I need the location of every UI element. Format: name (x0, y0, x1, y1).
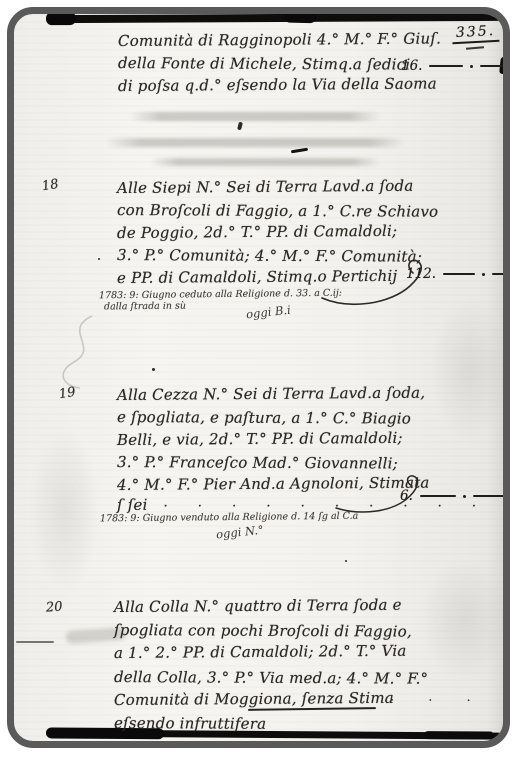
handwriting-line: Alle Siepi N.° Sei di Terra Lavd.a ſoda (117, 174, 438, 199)
scan-frame: 335. Comunità di Ragginopoli 4.° M.° F.°… (7, 7, 510, 748)
paper-stain (30, 430, 100, 590)
value-figure: 16. (401, 58, 510, 74)
ink-speck (98, 258, 100, 260)
handwriting-line: Belli, e via, 2d.° T.° PP. di Camaldoli; (117, 426, 430, 451)
ink-speck (345, 560, 347, 562)
leader-dot (463, 495, 466, 498)
handwriting-line: a 1.° 2.° PP. di Camaldoli; 2d.° T.° Via (114, 640, 428, 666)
annotation-line: 1783: 9: Giugno venduto alla Religione d… (100, 511, 358, 525)
edge-blob (46, 12, 76, 25)
faint-swirl (52, 312, 112, 392)
margin-dash (16, 641, 54, 643)
handwriting-line: Alla Colla N.° quattro di Terra ſoda e (114, 594, 428, 620)
handwriting-line: di poſsa q.d.° eſsendo la Via della Saom… (118, 72, 441, 97)
handwriting-line: Comunità di Ragginopoli 4.° M.° F.° Giuſ… (118, 27, 441, 52)
handwriting-line: eſsendo infruttifera (114, 712, 428, 737)
page-number-dash (466, 46, 484, 50)
ink-mark (237, 122, 243, 131)
value-figure: 112. (406, 266, 510, 282)
leader-dash (443, 273, 475, 275)
annotation-note: oggi N.° (215, 523, 264, 542)
leader-dash (492, 273, 510, 275)
trailer-dots: · · · · · · (390, 693, 510, 709)
value-number: 6. (400, 488, 413, 504)
entry-20: Alla Colla N.° quattro di Terra ſoda e ſ… (114, 596, 428, 735)
leader-dot (482, 273, 485, 276)
margin-number-20: 20 (45, 599, 63, 615)
margin-number-19: 19 (58, 385, 77, 402)
ink-speck (115, 726, 117, 728)
annotation-line: dalla ſtrada in sù (104, 301, 186, 313)
bleedthrough-line (105, 138, 405, 147)
leader-dash (473, 495, 510, 497)
manuscript-page: 335. Comunità di Ragginopoli 4.° M.° F.°… (7, 7, 510, 748)
page-number: 335. (452, 23, 500, 44)
bleedthrough-line (150, 158, 380, 166)
value-figure: 6. (400, 488, 510, 504)
leader-dash (480, 65, 510, 67)
entry-carryover: Comunità di Ragginopoli 4.° M.° F.° Giuſ… (118, 30, 441, 97)
annotation-note: oggi B.i (245, 303, 291, 322)
paper-stain (420, 560, 510, 680)
ink-speck (152, 368, 155, 371)
annotation-line: 1783: 9: Giugno ceduto alla Religione d.… (99, 288, 342, 302)
value-number: 112. (406, 266, 436, 282)
margin-number-18: 18 (41, 177, 60, 194)
bleedthrough-line (130, 112, 380, 121)
handwriting-line: Alla Cezza N.° Sei di Terra Lavd.a ſoda, (117, 382, 430, 407)
leader-dash (429, 65, 463, 67)
ink-mark (291, 148, 308, 154)
edge-blob (284, 10, 316, 23)
paper-stain (430, 300, 510, 440)
edge-blob (424, 731, 494, 739)
manuscript-scan: 335. Comunità di Ragginopoli 4.° M.° F.°… (0, 0, 525, 760)
leader-dot (470, 65, 473, 68)
page-top-edge (52, 13, 504, 23)
handwriting-line: de Poggio, 2d.° T.° PP. di Camaldoli; (117, 219, 438, 244)
leader-dash (420, 495, 456, 497)
value-number: 16. (401, 58, 422, 74)
